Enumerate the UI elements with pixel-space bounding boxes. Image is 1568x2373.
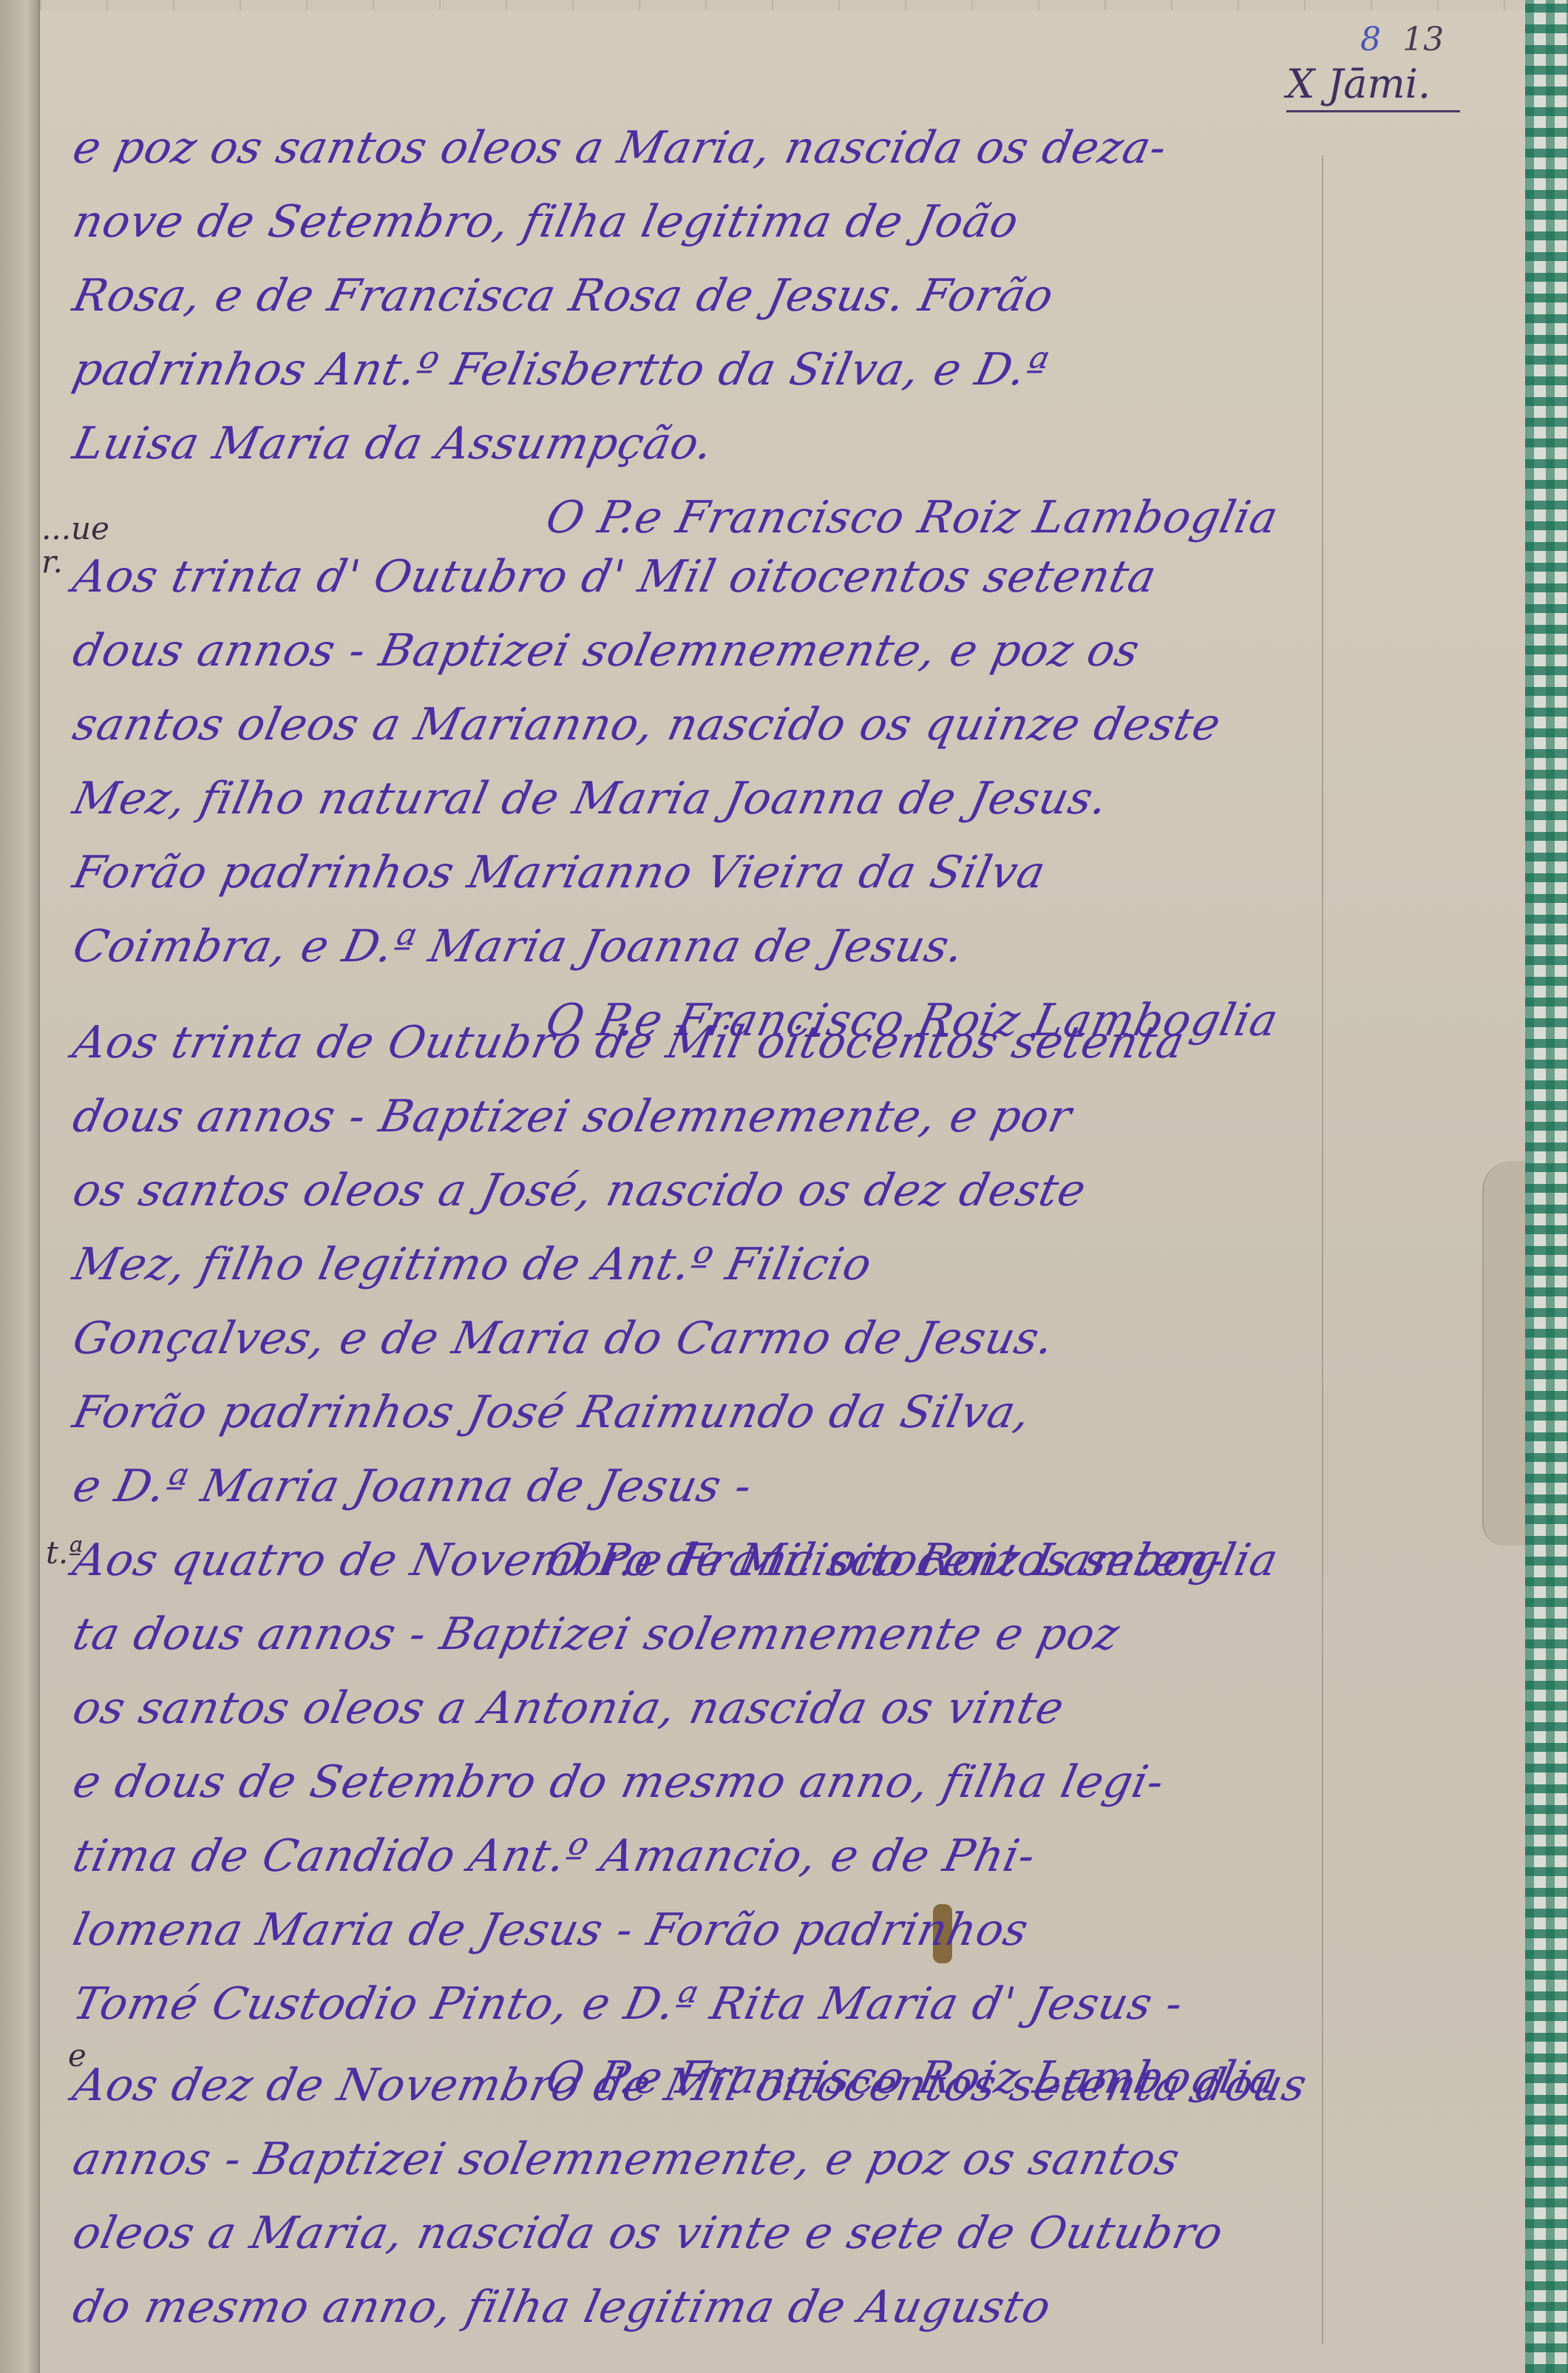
folio-number-blue: 8 bbox=[1360, 21, 1381, 58]
entry-1-continuation: e poz os santos oleos a Maria, nascida o… bbox=[74, 111, 1323, 555]
text-line: os santos oleos a José, nascido os dez d… bbox=[66, 1154, 1331, 1228]
text-line: ta dous annos - Baptizei solemnemente e … bbox=[66, 1597, 1331, 1671]
folio-numbers: 8 13 bbox=[1360, 21, 1444, 58]
paper-tear bbox=[1482, 1161, 1527, 1546]
text-line: Mez, filho legitimo de Ant.º Filicio bbox=[66, 1228, 1331, 1301]
text-line: Forão padrinhos Marianno Vieira da Silva bbox=[66, 836, 1331, 910]
folio-number-dark: 13 bbox=[1402, 21, 1444, 58]
text-line: Aos trinta de Outubro de Mil oitocentos … bbox=[66, 1006, 1331, 1080]
text-line: e dous de Setembro do mesmo anno, filha … bbox=[66, 1745, 1331, 1819]
binding-strip bbox=[0, 0, 40, 2373]
text-line: Luisa Maria da Assumpção. bbox=[66, 407, 1331, 481]
text-line: Rosa, e de Francisca Rosa de Jesus. Forã… bbox=[66, 259, 1331, 333]
text-line: dous annos - Baptizei solemnemente, e po… bbox=[66, 614, 1331, 688]
text-line: Tomé Custodio Pinto, e D.ª Rita Maria d'… bbox=[66, 1967, 1331, 2041]
entry-2-marianno: Aos trinta d' Outubro d' Mil oitocentos … bbox=[74, 540, 1323, 1057]
text-line: lomena Maria de Jesus - Forão padrinhos bbox=[66, 1893, 1331, 1967]
text-line: santos oleos a Marianno, nascido os quin… bbox=[66, 688, 1331, 762]
text-line: do mesmo anno, filha legitima de Augusto bbox=[66, 2270, 1331, 2344]
margin-note: r. bbox=[41, 544, 63, 580]
text-line: Aos trinta d' Outubro d' Mil oitocentos … bbox=[66, 540, 1331, 614]
text-line: Forão padrinhos José Raimundo da Silva, bbox=[66, 1375, 1331, 1449]
page-top-edge bbox=[40, 0, 1526, 10]
text-line: Aos dez de Novembro de Mil oitocentos se… bbox=[66, 2048, 1331, 2122]
folio-label: X Jāmi. bbox=[1286, 61, 1460, 112]
text-line: dous annos - Baptizei solemnemente, e po… bbox=[66, 1080, 1331, 1154]
entry-5-maria: Aos dez de Novembro de Mil oitocentos se… bbox=[74, 2048, 1323, 2344]
text-line: os santos oleos a Antonia, nascida os vi… bbox=[66, 1671, 1331, 1745]
text-line: annos - Baptizei solemnemente, e poz os … bbox=[66, 2122, 1331, 2196]
text-line: padrinhos Ant.º Felisbertto da Silva, e … bbox=[66, 333, 1331, 407]
text-line: tima de Candido Ant.º Amancio, e de Phi- bbox=[66, 1819, 1331, 1893]
text-line: oleos a Maria, nascida os vinte e sete d… bbox=[66, 2196, 1331, 2270]
text-line: Coimbra, e D.ª Maria Joanna de Jesus. bbox=[66, 910, 1331, 984]
text-line: Gonçalves, e de Maria do Carmo de Jesus. bbox=[66, 1301, 1331, 1375]
text-line: Aos quatro de Novembro de Mil oitocentos… bbox=[66, 1523, 1331, 1597]
text-line: e poz os santos oleos a Maria, nascida o… bbox=[66, 111, 1331, 185]
entry-3-jose: Aos trinta de Outubro de Mil oitocentos … bbox=[74, 1006, 1323, 1597]
text-line: e D.ª Maria Joanna de Jesus - bbox=[66, 1449, 1331, 1523]
checkered-cloth bbox=[1525, 0, 1568, 2373]
text-line: Mez, filho natural de Maria Joanna de Je… bbox=[66, 762, 1331, 836]
entry-4-antonia: Aos quatro de Novembro de Mil oitocentos… bbox=[74, 1523, 1323, 2115]
text-line: nove de Setembro, filha legitima de João bbox=[66, 185, 1331, 259]
